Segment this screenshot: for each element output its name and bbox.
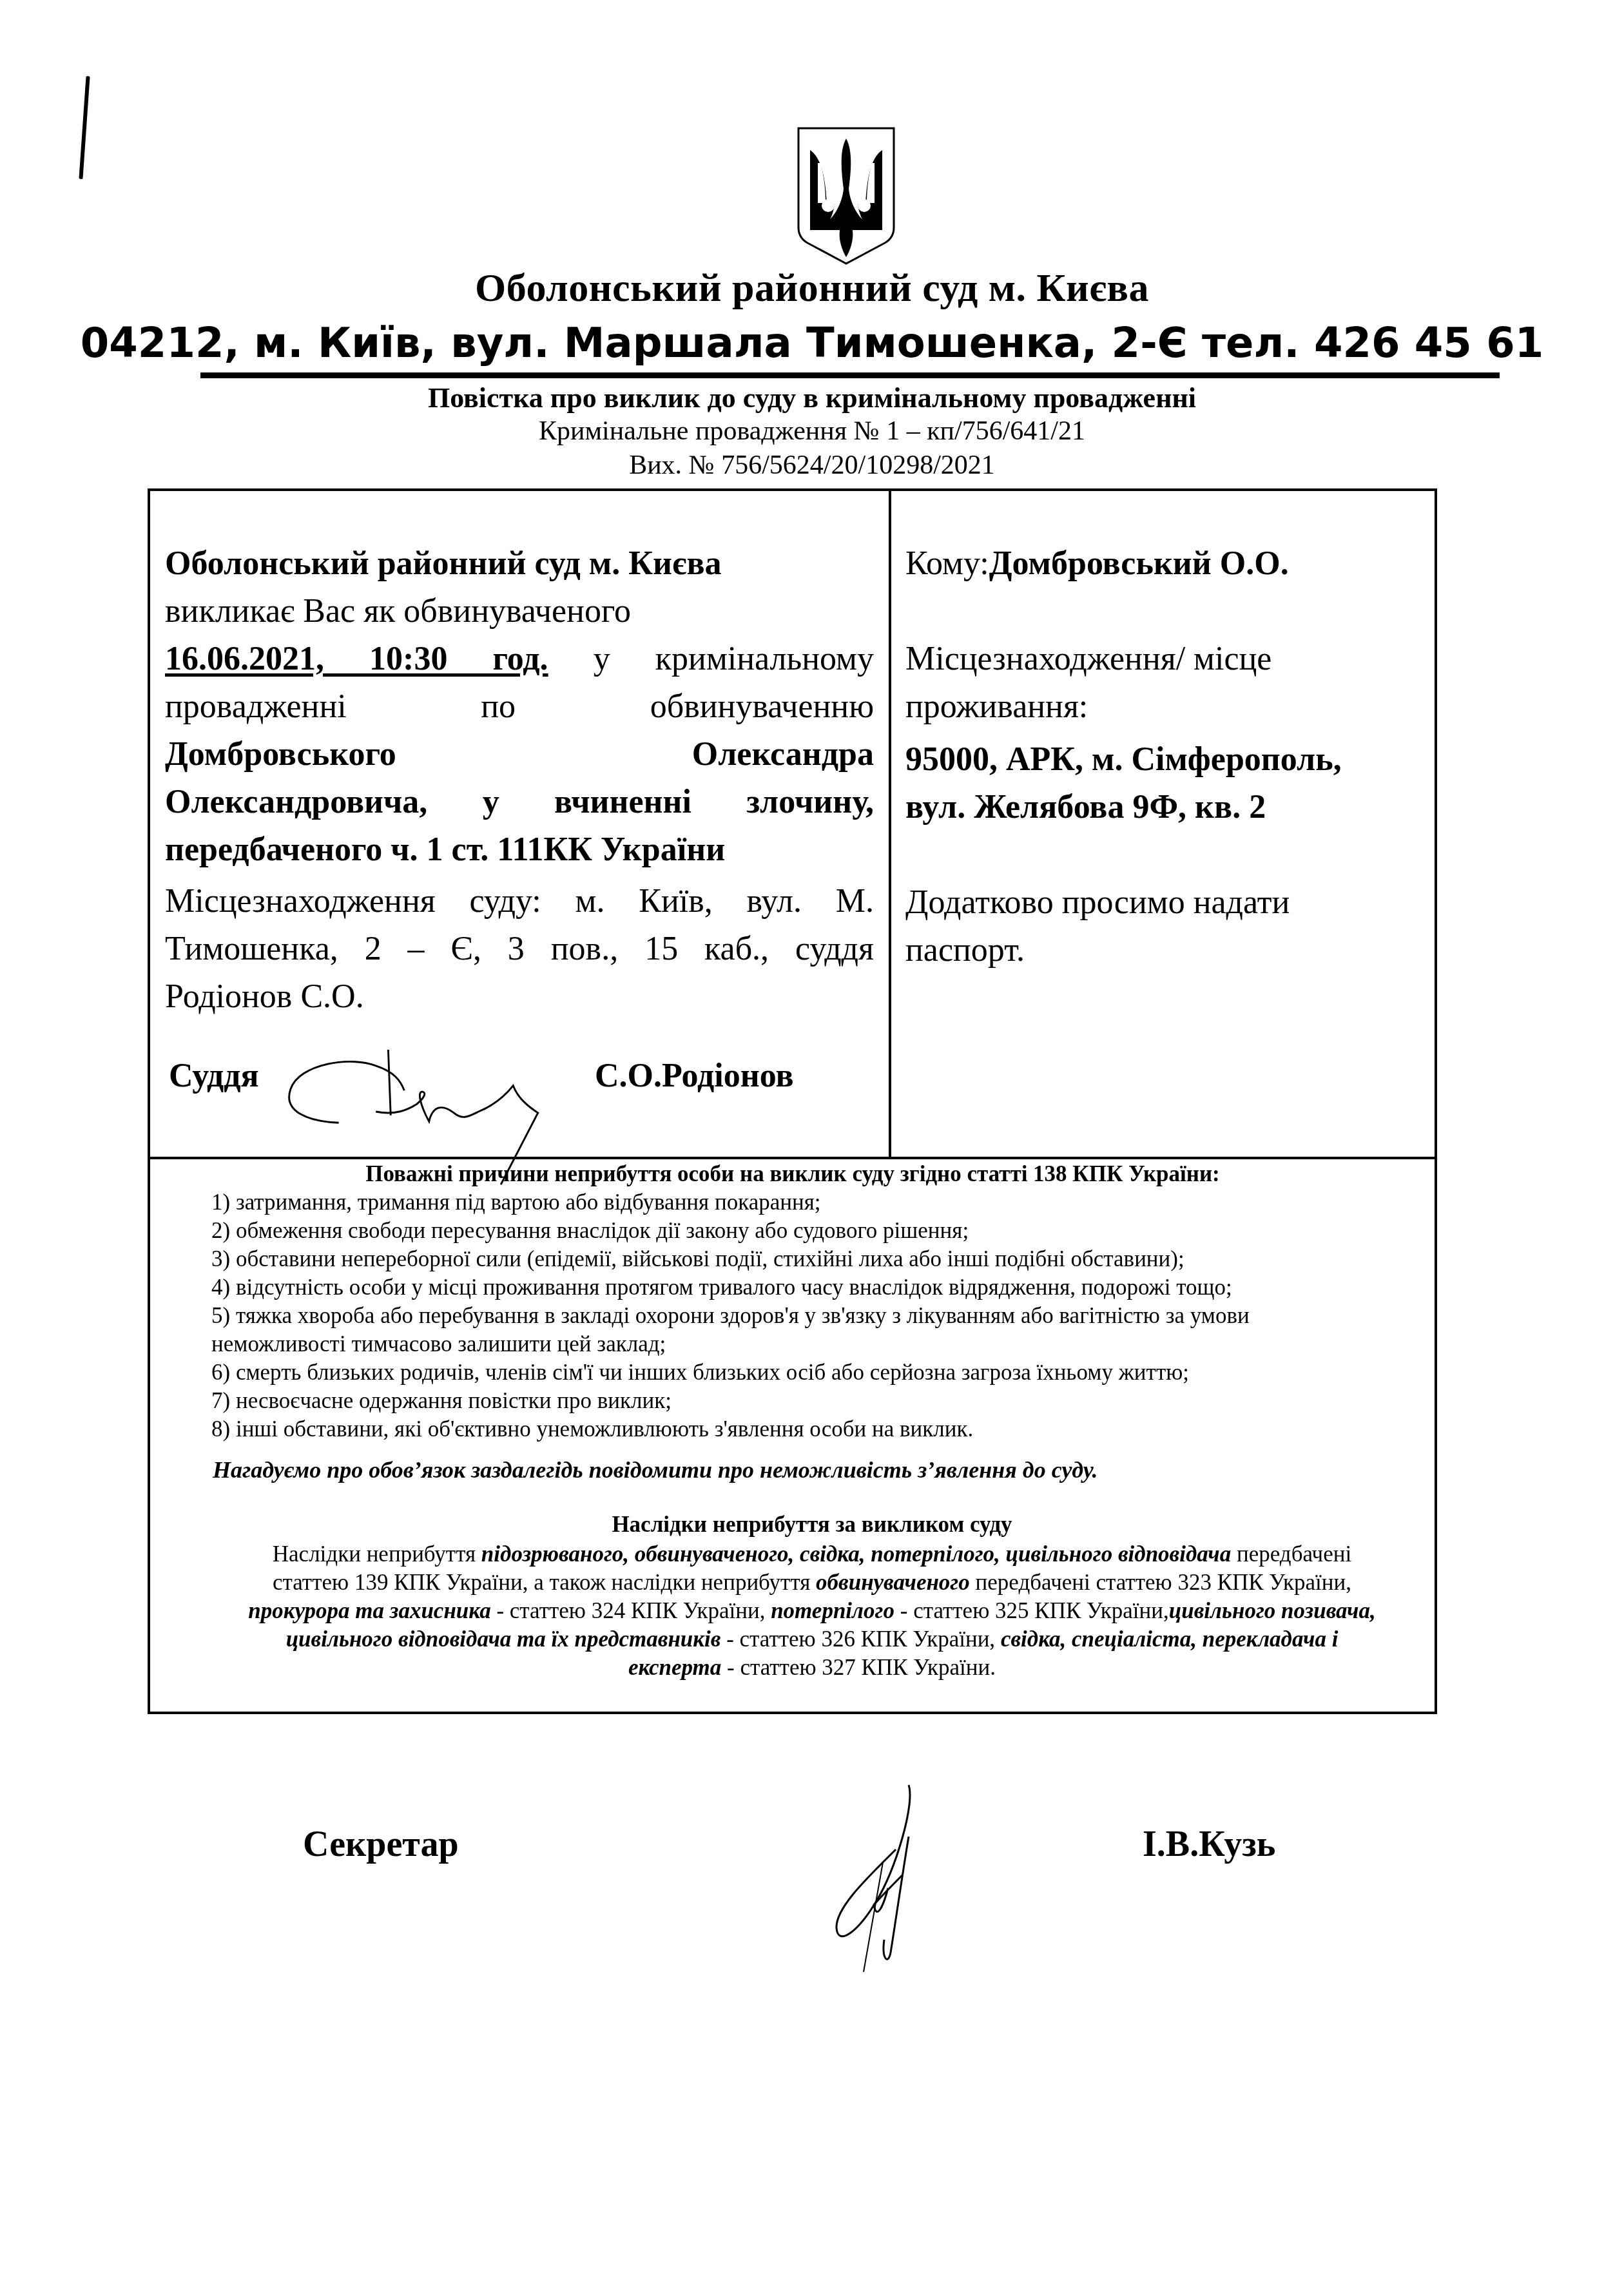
- case-number: Кримінальне провадження № 1 – кп/756/641…: [0, 416, 1624, 447]
- text-run-italic: підозрюваного, обвинуваченого, свідка, п…: [481, 1541, 1231, 1567]
- text-run-italic: свідка, спеціаліста, перекладача і: [1001, 1626, 1338, 1652]
- summons-details: Оболонський районний суд м. Києва виклик…: [165, 540, 874, 1021]
- word: обвинуваченню: [650, 688, 874, 725]
- text-run-italic: обвинуваченого: [816, 1570, 970, 1595]
- text-run-italic: цивільного відповідача та їх представник…: [286, 1626, 721, 1652]
- text-run: передбачені статтею 323 КПК України,: [970, 1570, 1351, 1595]
- secretary-label: Секретар: [303, 1824, 459, 1865]
- secretary-name: І.В.Кузь: [1143, 1824, 1275, 1865]
- summons-court-name: Оболонський районний суд м. Києва: [165, 540, 874, 588]
- accused-name-line2: Олександровича, у вчиненні злочину,: [165, 778, 874, 826]
- valid-reasons-section: Поважні причини неприбуття особи на викл…: [155, 1160, 1431, 1443]
- text-run-italic: прокурора та захисника: [248, 1598, 490, 1623]
- consequences-line: статтею 139 КПК України, а також наслідк…: [193, 1569, 1431, 1597]
- court-location-line1: Місцезнаходження суду: м. Київ, вул. М.: [165, 878, 874, 925]
- text-run: статтею 139 КПК України, а також наслідк…: [273, 1570, 816, 1595]
- notification-reminder: Нагадуємо про обов’язок заздалегідь пові…: [213, 1456, 1097, 1483]
- list-item: 8) інші обставини, які об'єктивно унемож…: [155, 1415, 1431, 1443]
- datetime-suffix: у кримінальному: [594, 641, 874, 677]
- list-item-continuation: неможливості тимчасово залишити цей закл…: [155, 1330, 1431, 1358]
- hearing-datetime: 16.06.2021, 10:30 год.: [165, 641, 548, 677]
- word: по: [481, 688, 516, 725]
- coat-of-arms-icon: [795, 124, 898, 266]
- word: провадженні: [165, 688, 347, 725]
- address-label-line1: Місцезнаходження/ місце: [905, 635, 1421, 683]
- recipient-details: Кому:Домбровський О.О. Місцезнаходження/…: [905, 540, 1421, 974]
- column-divider: [889, 488, 891, 1158]
- text-run: - статтею 325 КПК України,: [894, 1598, 1169, 1623]
- list-item: 6) смерть близьких родичів, членів сім'ї…: [155, 1358, 1431, 1387]
- passport-note-line1: Додатково просимо надати: [905, 879, 1421, 927]
- judge-label: Суддя: [169, 1057, 259, 1095]
- outgoing-number: Вих. № 756/5624/20/10298/2021: [0, 450, 1624, 481]
- court-address-header: 04212, м. Київ, вул. Маршала Тимошенка, …: [0, 320, 1624, 367]
- word: Домбровського: [165, 736, 396, 773]
- margin-pen-mark: [79, 76, 90, 179]
- text-run: передбачені: [1231, 1541, 1351, 1567]
- valid-reasons-list: 1) затримання, тримання під вартою або в…: [155, 1188, 1431, 1443]
- text-run: - статтею 326 КПК України,: [720, 1626, 1000, 1652]
- summons-role-line: викликає Вас як обвинуваченого: [165, 588, 874, 635]
- consequences-line: прокурора та захисника - статтею 324 КПК…: [193, 1597, 1431, 1625]
- consequences-line: цивільного відповідача та їх представник…: [193, 1625, 1431, 1654]
- proceeding-line: провадженні по обвинуваченню: [165, 683, 874, 731]
- consequences-line: експерта - статтею 327 КПК України.: [193, 1654, 1431, 1682]
- list-item: 7) несвоєчасне одержання повістки про ви…: [155, 1387, 1431, 1415]
- list-item: 3) обставини непереборної сили (епідемії…: [155, 1245, 1431, 1273]
- consequences-text: Наслідки неприбуття підозрюваного, обвин…: [193, 1540, 1431, 1682]
- header-divider: [200, 372, 1500, 378]
- court-name-header: Оболонський районний суд м. Києва: [0, 265, 1624, 311]
- passport-note-line2: паспорт.: [905, 927, 1421, 974]
- judge-name: С.О.Родіонов: [595, 1057, 793, 1095]
- list-item: 1) затримання, тримання під вартою або в…: [155, 1188, 1431, 1217]
- summons-datetime-line: 16.06.2021, 10:30 год. у кримінальному: [165, 635, 874, 683]
- word: Олександра: [692, 736, 874, 773]
- text-run: Наслідки неприбуття: [273, 1541, 481, 1567]
- court-location-line3: Родіонов С.О.: [165, 973, 874, 1021]
- text-run: - статтею 324 КПК України,: [491, 1598, 771, 1623]
- text-run-italic: потерпілого: [771, 1598, 894, 1623]
- text-run-italic: експерта: [628, 1655, 721, 1680]
- recipient-label: Кому:: [905, 545, 989, 582]
- court-location-line2: Тимошенка, 2 – Є, 3 пов., 15 каб., суддя: [165, 925, 874, 973]
- text-run-italic: цивільного позивача,: [1169, 1598, 1376, 1623]
- consequences-heading: Наслідки неприбуття за викликом суду: [0, 1512, 1624, 1538]
- address-label-line2: проживання:: [905, 683, 1421, 731]
- consequences-line: Наслідки неприбуття підозрюваного, обвин…: [193, 1540, 1431, 1569]
- list-item: 4) відсутність особи у місці проживання …: [155, 1273, 1431, 1302]
- address-line2: вул. Желябова 9Ф, кв. 2: [905, 784, 1421, 831]
- list-item: 2) обмеження свободи пересування внаслід…: [155, 1217, 1431, 1245]
- recipient-name: Домбровський О.О.: [989, 545, 1289, 582]
- list-item: 5) тяжка хвороба або перебування в закла…: [155, 1302, 1431, 1330]
- accused-name-line1: Домбровського Олександра: [165, 731, 874, 778]
- secretary-signature-icon: [812, 1779, 967, 1985]
- document-title: Повістка про виклик до суду в кримінальн…: [0, 381, 1624, 414]
- valid-reasons-heading: Поважні причини неприбуття особи на викл…: [155, 1160, 1431, 1188]
- text-run: - статтею 327 КПК України.: [721, 1655, 996, 1680]
- recipient-line: Кому:Домбровський О.О.: [905, 540, 1421, 588]
- charge-line: передбаченого ч. 1 ст. 111КК України: [165, 826, 874, 874]
- address-line1: 95000, АРК, м. Сімферополь,: [905, 736, 1421, 784]
